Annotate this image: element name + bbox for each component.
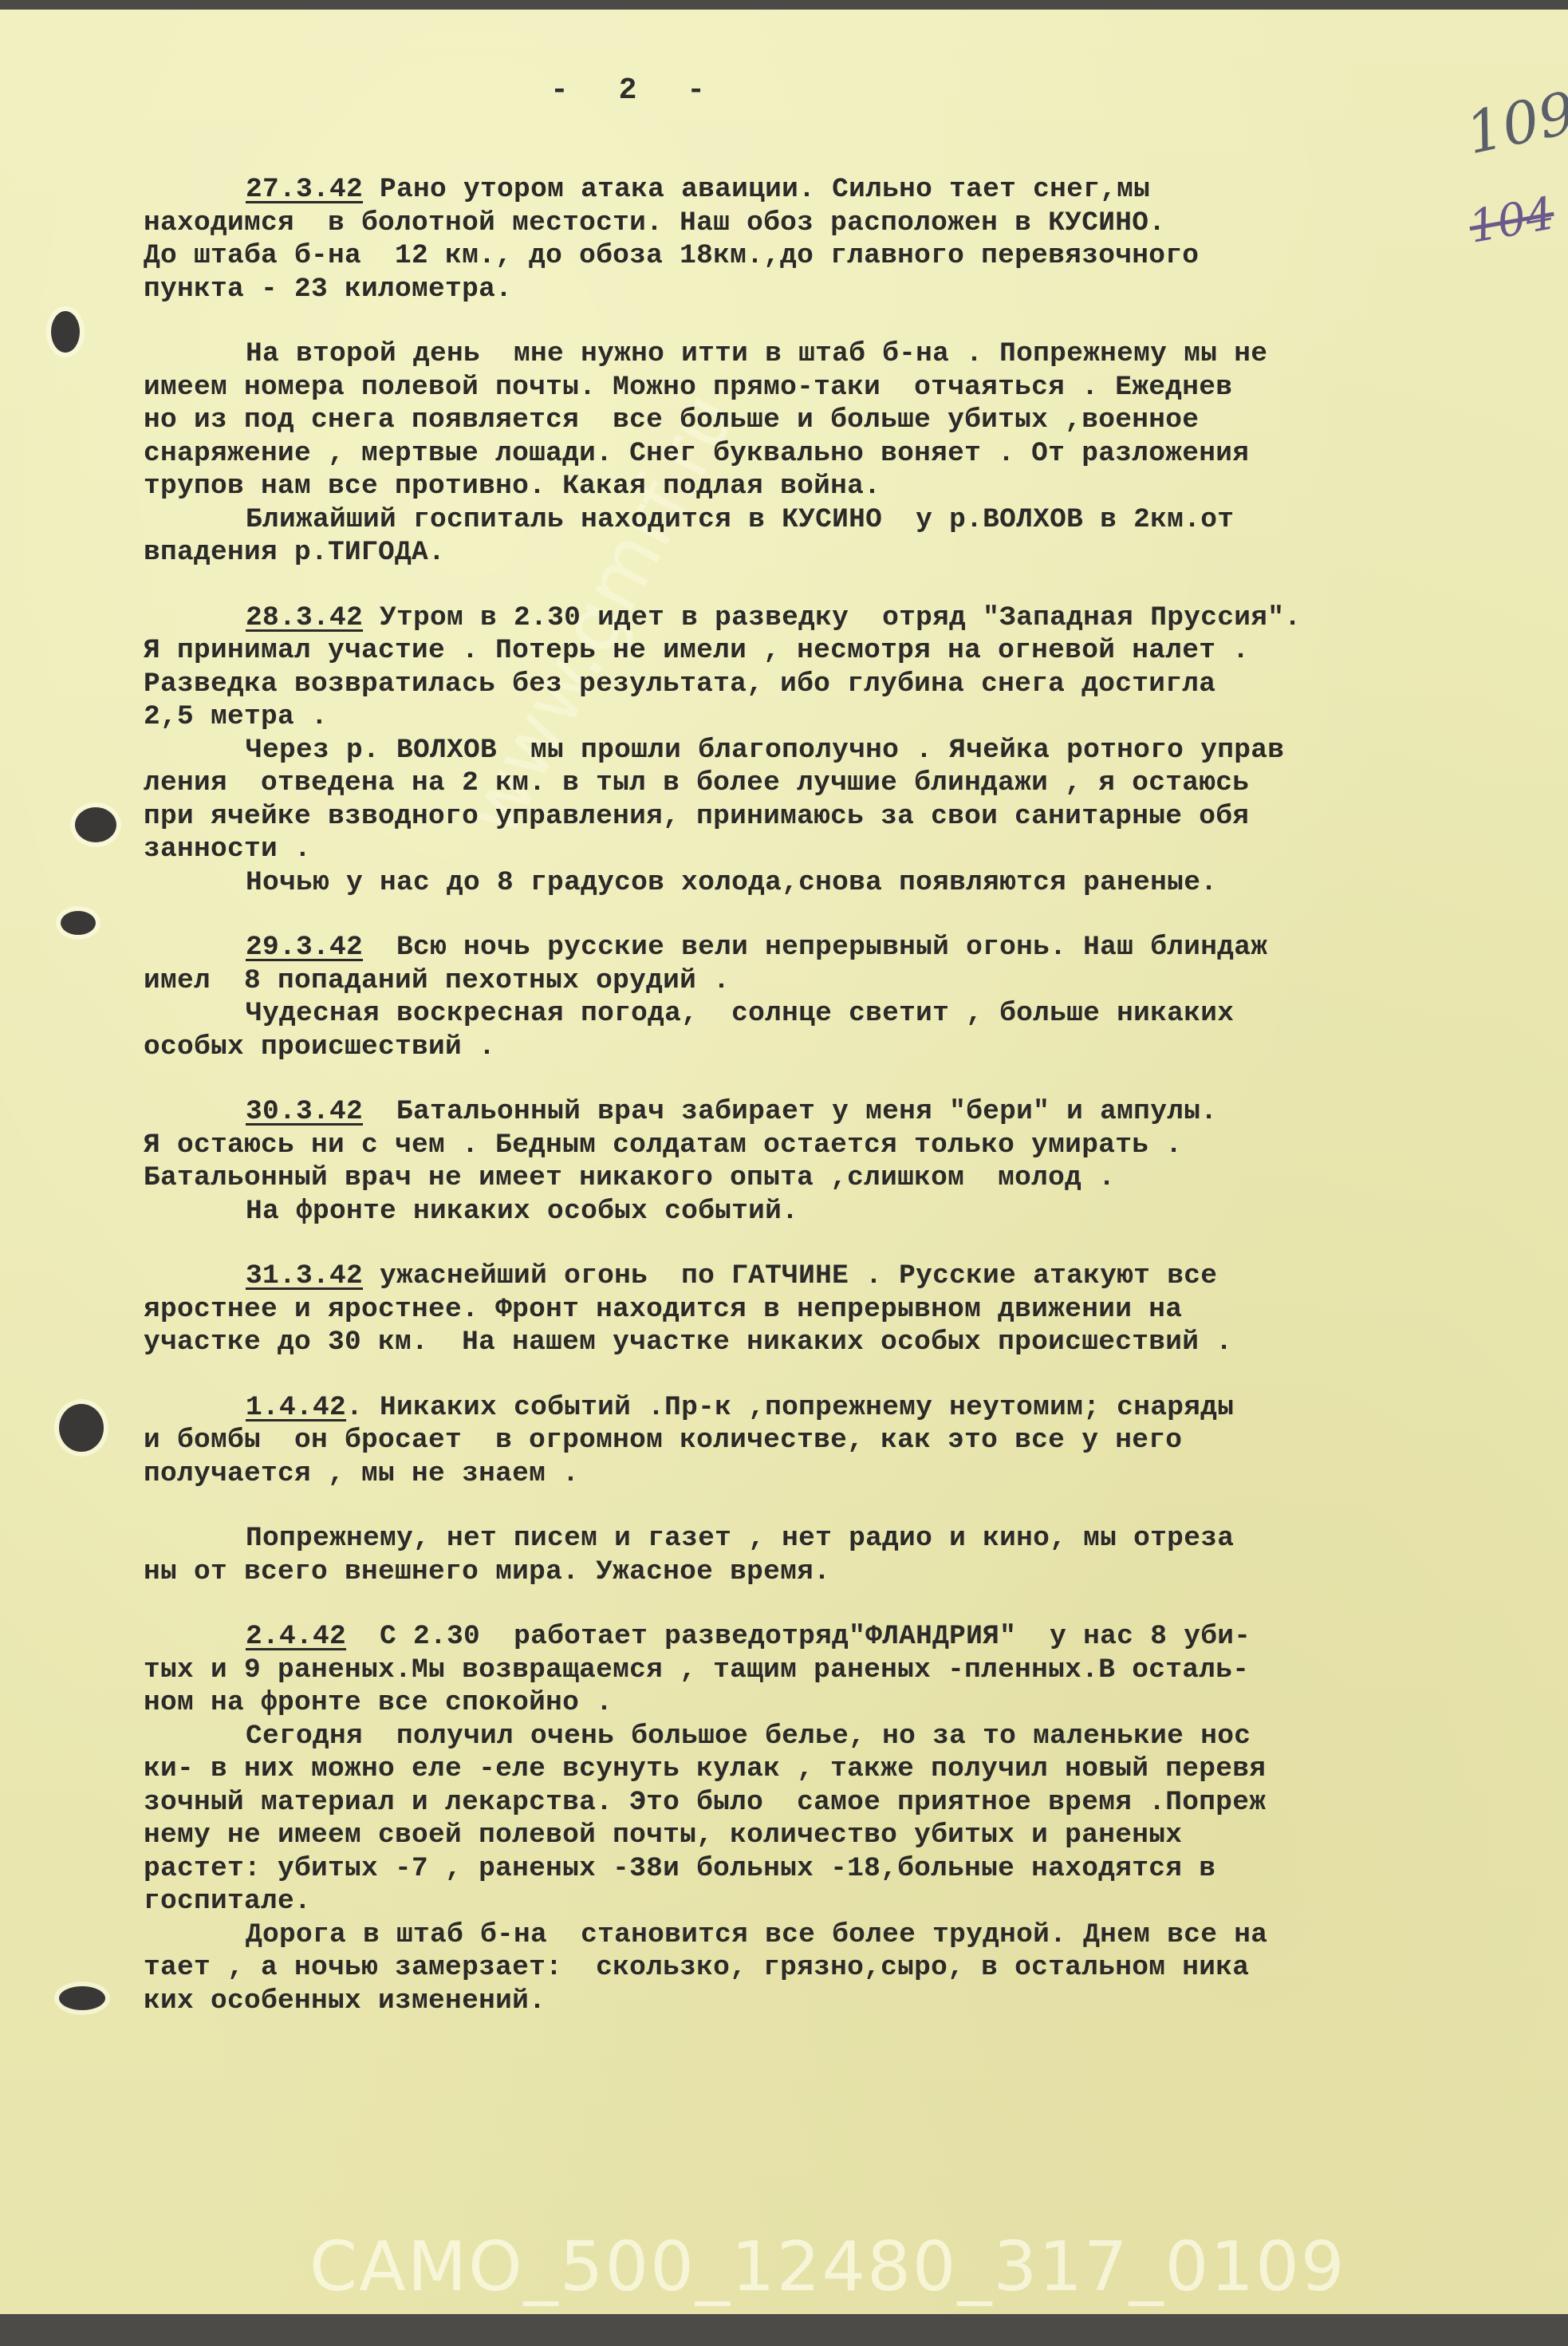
diary-entry-31-3-42: 31.3.42 ужаснейший огонь по ГАТЧИНЕ . Ру… [144,1260,1452,1359]
archive-folio-number: 109 [1460,79,1568,168]
paragraph-gap [144,1359,1452,1391]
text-line: 31.3.42 ужаснейший огонь по ГАТЧИНЕ . Ру… [144,1260,1452,1293]
archive-watermark: САМО_500_12480_317_0109 [309,2227,1346,2307]
text-line: имел 8 попаданий пехотных орудий . [144,964,1452,998]
text-line: Сегодня получил очень большое белье, но … [144,1720,1452,1753]
paragraph-gap [144,899,1452,931]
text-line: 27.3.42 Рано утором атака аваиции. Сильн… [144,173,1452,207]
text-line: 29.3.42 Всю ночь русские вели непрерывны… [144,931,1452,964]
text-line: впадения р.ТИГОДА. [144,536,1452,570]
text-line: ления отведена на 2 км. в тыл в более лу… [144,767,1452,800]
paragraph-gap [144,1063,1452,1095]
text-line: ки- в них можно еле -еле всунуть кулак ,… [144,1753,1452,1786]
entry-date: 31.3.42 [246,1260,363,1291]
text-line: находимся в болотной местости. Наш обоз … [144,207,1452,240]
text-line: госпитале. [144,1885,1452,1918]
text-line: получается , мы не знаем . [144,1457,1452,1491]
diary-entry-2-4-42: 2.4.42 С 2.30 работает разведотряд"ФЛАНД… [144,1620,1452,2017]
diary-paragraph: Попрежнему, нет писем и газет , нет ради… [144,1522,1452,1588]
text-line: 2.4.42 С 2.30 работает разведотряд"ФЛАНД… [144,1620,1452,1654]
text-line: Чудесная воскресная погода, солнце свети… [144,997,1452,1031]
scan-bottom-edge [0,2314,1568,2346]
typed-diary-text: 27.3.42 Рано утором атака аваиции. Сильн… [144,173,1452,2017]
text-line: растет: убитых -7 , раненых -38и больных… [144,1852,1452,1886]
text-line: Через р. ВОЛХОВ мы прошли благополучно .… [144,734,1452,767]
entry-date: 29.3.42 [246,932,363,963]
punch-hole-icon [59,1404,104,1452]
text-line: тых и 9 раненых.Мы возвращаемся , тащим … [144,1654,1452,1687]
page-number: - 2 - [550,73,721,108]
text-line: занности . [144,833,1452,866]
paragraph-gap [144,570,1452,601]
diary-entry-27-3-42: 27.3.42 Рано утором атака аваиции. Сильн… [144,173,1452,306]
punch-hole-icon [51,311,80,353]
text-line: 28.3.42 Утром в 2.30 идет в разведку отр… [144,601,1452,635]
text-line: но из под снега появляется все больше и … [144,404,1452,437]
text-line: участке до 30 км. На нашем участке никак… [144,1326,1452,1359]
punch-hole-icon [59,1986,105,2010]
text-line: До штаба б-на 12 км., до обоза 18км.,до … [144,239,1452,273]
entry-date: 28.3.42 [246,602,363,633]
text-line: зочный материал и лекарства. Это было са… [144,1786,1452,1820]
text-line: Я остаюсь ни с чем . Бедным солдатам ост… [144,1129,1452,1162]
entry-date: 30.3.42 [246,1096,363,1127]
text-line: Ближайший госпиталь находится в КУСИНО у… [144,503,1452,537]
text-line: имеем номера полевой почты. Можно прямо-… [144,371,1452,404]
paragraph-gap [144,1228,1452,1260]
text-line: 2,5 метра . [144,700,1452,734]
diary-entry-28-3-42: 28.3.42 Утром в 2.30 идет в разведку отр… [144,601,1452,900]
text-line: На фронте никаких особых событий. [144,1195,1452,1228]
paragraph-gap [144,306,1452,337]
text-line: Батальонный врач не имеет никакого опыта… [144,1161,1452,1195]
text-line: ны от всего внешнего мира. Ужасное время… [144,1555,1452,1589]
text-line: и бомбы он бросает в огромном количестве… [144,1424,1452,1457]
text-line: 30.3.42 Батальонный врач забирает у меня… [144,1095,1452,1129]
text-line: ких особенных изменений. [144,1985,1452,2018]
entry-date: 27.3.42 [246,174,363,205]
text-line: 1.4.42. Никаких событий .Пр-к ,попрежнем… [144,1391,1452,1425]
entry-date: 1.4.42 [246,1392,346,1423]
text-line: Я принимал участие . Потерь не имели , н… [144,634,1452,668]
text-line: тает , а ночью замерзает: скользко, гряз… [144,1951,1452,1985]
document-page: - 2 - 109 104 www.gmrf.ru 27.3.42 Рано у… [0,10,1568,2316]
text-line: Разведка возвратилась без результата, иб… [144,668,1452,701]
diary-entry-1-4-42: 1.4.42. Никаких событий .Пр-к ,попрежнем… [144,1391,1452,1491]
entry-date: 2.4.42 [246,1621,346,1652]
text-line: трупов нам все противно. Какая подлая во… [144,470,1452,503]
text-line: ном на фронте все спокойно . [144,1686,1452,1720]
paragraph-gap [144,1490,1452,1522]
archive-folio-number-crossed-out: 104 [1465,187,1558,254]
text-line: На второй день мне нужно итти в штаб б-н… [144,337,1452,371]
text-line: снаряжение , мертвые лошади. Снег буквал… [144,437,1452,471]
text-line: Попрежнему, нет писем и газет , нет ради… [144,1522,1452,1555]
diary-entry-29-3-42: 29.3.42 Всю ночь русские вели непрерывны… [144,931,1452,1063]
paragraph-gap [144,1588,1452,1620]
diary-entry-30-3-42: 30.3.42 Батальонный врач забирает у меня… [144,1095,1452,1228]
punch-hole-icon [75,807,116,842]
punch-hole-icon [61,911,96,935]
text-line: яростнее и яростнее. Фронт находится в н… [144,1293,1452,1327]
text-line: Дорога в штаб б-на становится все более … [144,1918,1452,1952]
text-line: особых происшествий . [144,1031,1452,1064]
text-line: пункта - 23 километра. [144,273,1452,306]
diary-paragraph: На второй день мне нужно итти в штаб б-н… [144,337,1452,570]
text-line: нему не имеем своей полевой почты, колич… [144,1819,1452,1852]
text-line: при ячейке взводного управления, принима… [144,800,1452,834]
text-line: Ночью у нас до 8 градусов холода,снова п… [144,866,1452,900]
